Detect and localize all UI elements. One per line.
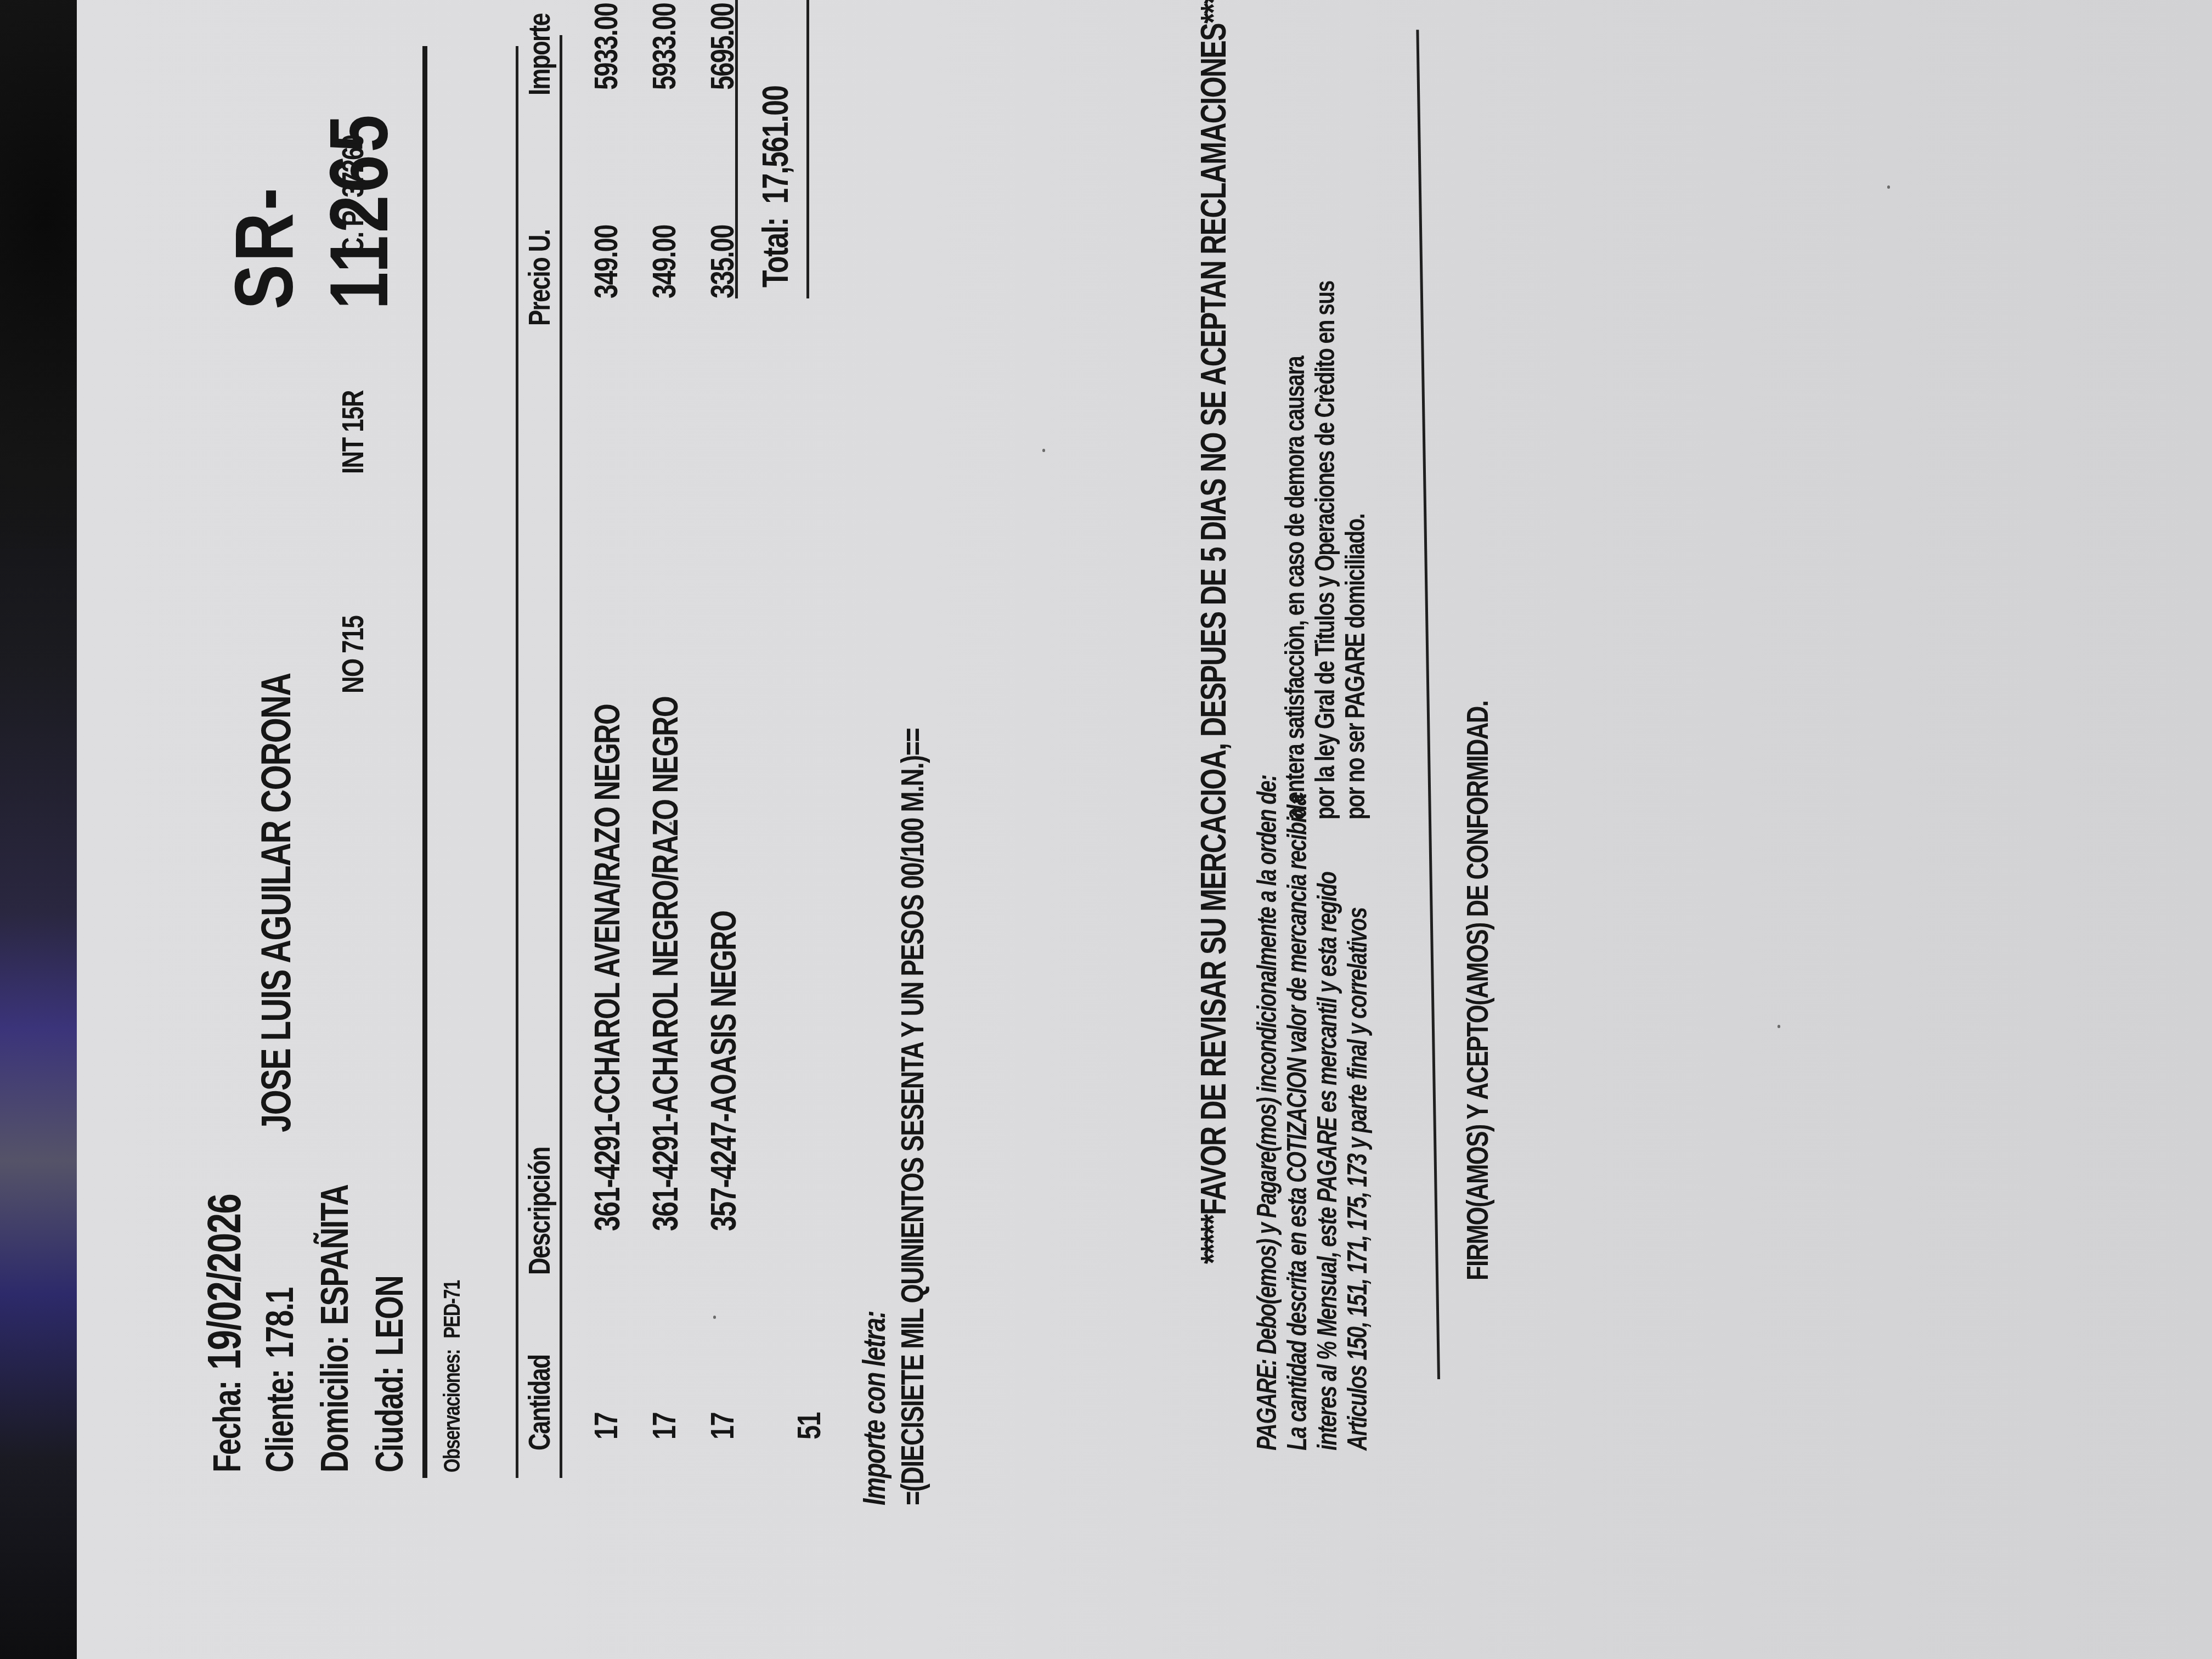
row-importe: 5933.00 (587, 0, 625, 90)
observaciones-field: Observaciones:PED-71 (439, 1227, 465, 1472)
cp-field: C. P.37260 (335, 101, 370, 255)
signature-line (1416, 30, 1440, 1379)
paper-speck (669, 822, 672, 825)
document-number: SR-11265 (217, 56, 407, 309)
table-header-rule (560, 35, 562, 1478)
row-cantidad: 17 (645, 1405, 683, 1440)
cliente-field: Cliente:178.1 (258, 1235, 302, 1472)
pagare-line-continuation: por no ser PAGARE domiciliado. (1339, 428, 1371, 820)
row-precio: 349.00 (587, 204, 625, 298)
domicilio-field: Domicilio:ESPAÑITA (313, 1104, 357, 1472)
pagare-line-continuation: a entera satisfacciòn, en caso de demora… (1279, 226, 1311, 820)
header-divider (422, 46, 427, 1478)
total-label: Total: (755, 218, 795, 287)
cp-label: C. P. (335, 208, 370, 255)
total-cantidad: 51 (790, 1405, 828, 1440)
row-descripcion: 361-4291-CCHAROL AVENA/RAZO NEGRO (587, 556, 628, 1231)
numero-field: NO 715 (335, 594, 370, 693)
ciudad-label: Ciudad: (368, 1367, 411, 1472)
cliente-id: 178.1 (258, 1288, 301, 1358)
paper-sheet: SR-11265 Fecha:19/02/2026 Cliente:178.1 … (77, 0, 2212, 1659)
pagare-line-continuation: por la ley Gral de Titulos y Operaciones… (1309, 129, 1341, 820)
total-field: Total: 17,561.00 (754, 29, 796, 287)
claims-notice: *****FAVOR DE REVISAR SU MERCACIOA, DESP… (1193, 0, 1234, 1264)
paper-speck (713, 1316, 716, 1319)
numero-value: NO 715 (335, 616, 370, 693)
row-precio: 349.00 (645, 204, 683, 298)
interior-field: INT 15R (335, 368, 370, 475)
column-cantidad: Cantidad (521, 1328, 557, 1451)
fecha-label: Fecha: (206, 1381, 249, 1472)
cliente-label: Cliente: (258, 1369, 301, 1472)
row-cantidad: 17 (587, 1405, 625, 1440)
paper-speck (1042, 449, 1045, 452)
pagare-line: PAGARE: Debo(emos) y Pagare(mos) incondi… (1251, 585, 1283, 1451)
row-descripcion: 357-4247-AOASIS NEGRO (703, 821, 744, 1231)
fecha-field: Fecha:19/02/2026 (198, 1116, 252, 1472)
document-content: SR-11265 Fecha:19/02/2026 Cliente:178.1 … (77, 0, 2212, 1659)
table-top-rule (516, 46, 518, 1478)
signature-caption: FIRMO(AMOS) Y ACEPTO(AMOS) DE CONFORMIDA… (1459, 538, 1495, 1280)
pagare-line: Articulos 150, 151, 171, 175, 173 y part… (1341, 755, 1373, 1451)
paper-speck (1778, 1025, 1780, 1028)
importe-letra-value: =(DIECISIETE MIL QUINIENTOS SESENTA Y UN… (894, 509, 931, 1505)
cliente-nombre: JOSE LUIS AGUILAR CORONA (252, 674, 300, 1132)
domicilio-label: Domicilio: (313, 1336, 356, 1472)
interior-value: INT 15R (335, 391, 370, 474)
cp-value: 37260 (335, 135, 370, 198)
total-top-rule (735, 0, 738, 298)
observaciones-label: Observaciones: (439, 1350, 465, 1472)
row-descripcion: 361-4291-ACHAROL NEGRO/RAZO NEGRO (645, 546, 686, 1231)
pagare-line: interes al % Mensual, este PAGARE es mer… (1311, 709, 1343, 1451)
domicilio-value: ESPAÑITA (313, 1185, 356, 1325)
column-precio: Precio U. (521, 202, 557, 326)
importe-letra-label: Importe con letra: (856, 1256, 893, 1505)
row-importe: 5933.00 (645, 0, 683, 90)
total-bottom-rule (806, 0, 809, 298)
cliente-name-field: JOSE LUIS AGUILAR CORONA (252, 544, 300, 1132)
fecha-value: 19/02/2026 (198, 1194, 251, 1370)
ciudad-value: LEON (368, 1276, 411, 1356)
row-cantidad: 17 (703, 1405, 741, 1440)
observaciones-value: PED-71 (439, 1280, 465, 1338)
total-value: 17,561.00 (755, 86, 795, 204)
column-importe: Importe (521, 0, 557, 95)
paper-speck (1887, 185, 1890, 189)
ciudad-field: Ciudad:LEON (368, 1221, 411, 1472)
column-descripcion: Descripción (521, 1111, 557, 1275)
